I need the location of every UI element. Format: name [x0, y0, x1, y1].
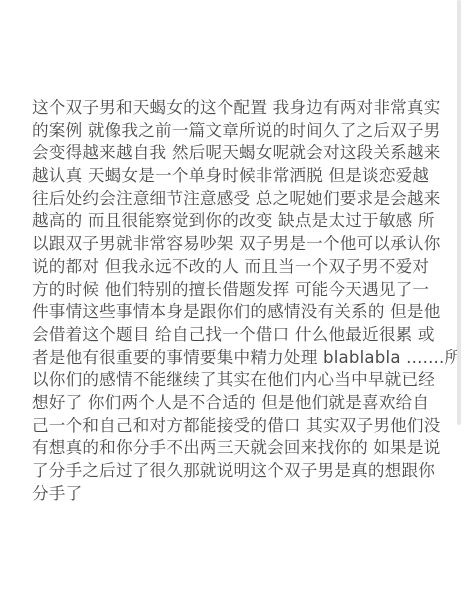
vertical-scrollbar[interactable] [457, 0, 461, 425]
article-line: 会借着这个题目 给自己找一个借口 什么他最近很累 或 [32, 324, 432, 347]
article-line: 往后处约会注意细节注意感受 总之呢她们要求是会越来 [32, 188, 432, 211]
article-line: 了分手之后过了很久那就说明这个双子男是真的想跟你 [32, 460, 432, 483]
article-line: 件事情这些事情本身是跟你们的感情没有关系的 但是他 [32, 301, 432, 324]
article-line: 分手了 [32, 483, 432, 506]
article-line: 会变得越来越自我 然后呢天蝎女呢就会对这段关系越来 [32, 142, 432, 165]
article-body: 这个双子男和天蝎女的这个配置 我身边有两对非常真实 的案例 就像我之前一篇文章所… [32, 97, 432, 505]
article-line: 者是他有很重要的事情要集中精力处理 blablabla .......所 [32, 347, 432, 370]
article-line: 以跟双子男就非常容易吵架 双子男是一个他可以承认你 [32, 233, 432, 256]
article-line: 越高的 而且很能察觉到你的改变 缺点是太过于敏感 所 [32, 210, 432, 233]
article-line: 的案例 就像我之前一篇文章所说的时间久了之后双子男 [32, 120, 432, 143]
article-line: 以你们的感情不能继续了其实在他们内心当中早就已经 [32, 369, 432, 392]
article-line: 有想真的和你分手不出两三天就会回来找你的 如果是说 [32, 437, 432, 460]
article-line: 想好了 你们两个人是不合适的 但是他们就是喜欢给自 [32, 392, 432, 415]
article-line: 说的都对 但我永远不改的人 而且当一个双子男不爱对 [32, 256, 432, 279]
article-line: 己一个和自己和对方都能接受的借口 其实双子男他们没 [32, 415, 432, 438]
article-line: 方的时候 他们特别的擅长借题发挥 可能今天遇见了一 [32, 279, 432, 302]
article-line: 越认真 天蝎女是一个单身时候非常洒脱 但是谈恋爱越 [32, 165, 432, 188]
document-page: 这个双子男和天蝎女的这个配置 我身边有两对非常真实 的案例 就像我之前一篇文章所… [0, 0, 465, 600]
article-line: 这个双子男和天蝎女的这个配置 我身边有两对非常真实 [32, 97, 432, 120]
